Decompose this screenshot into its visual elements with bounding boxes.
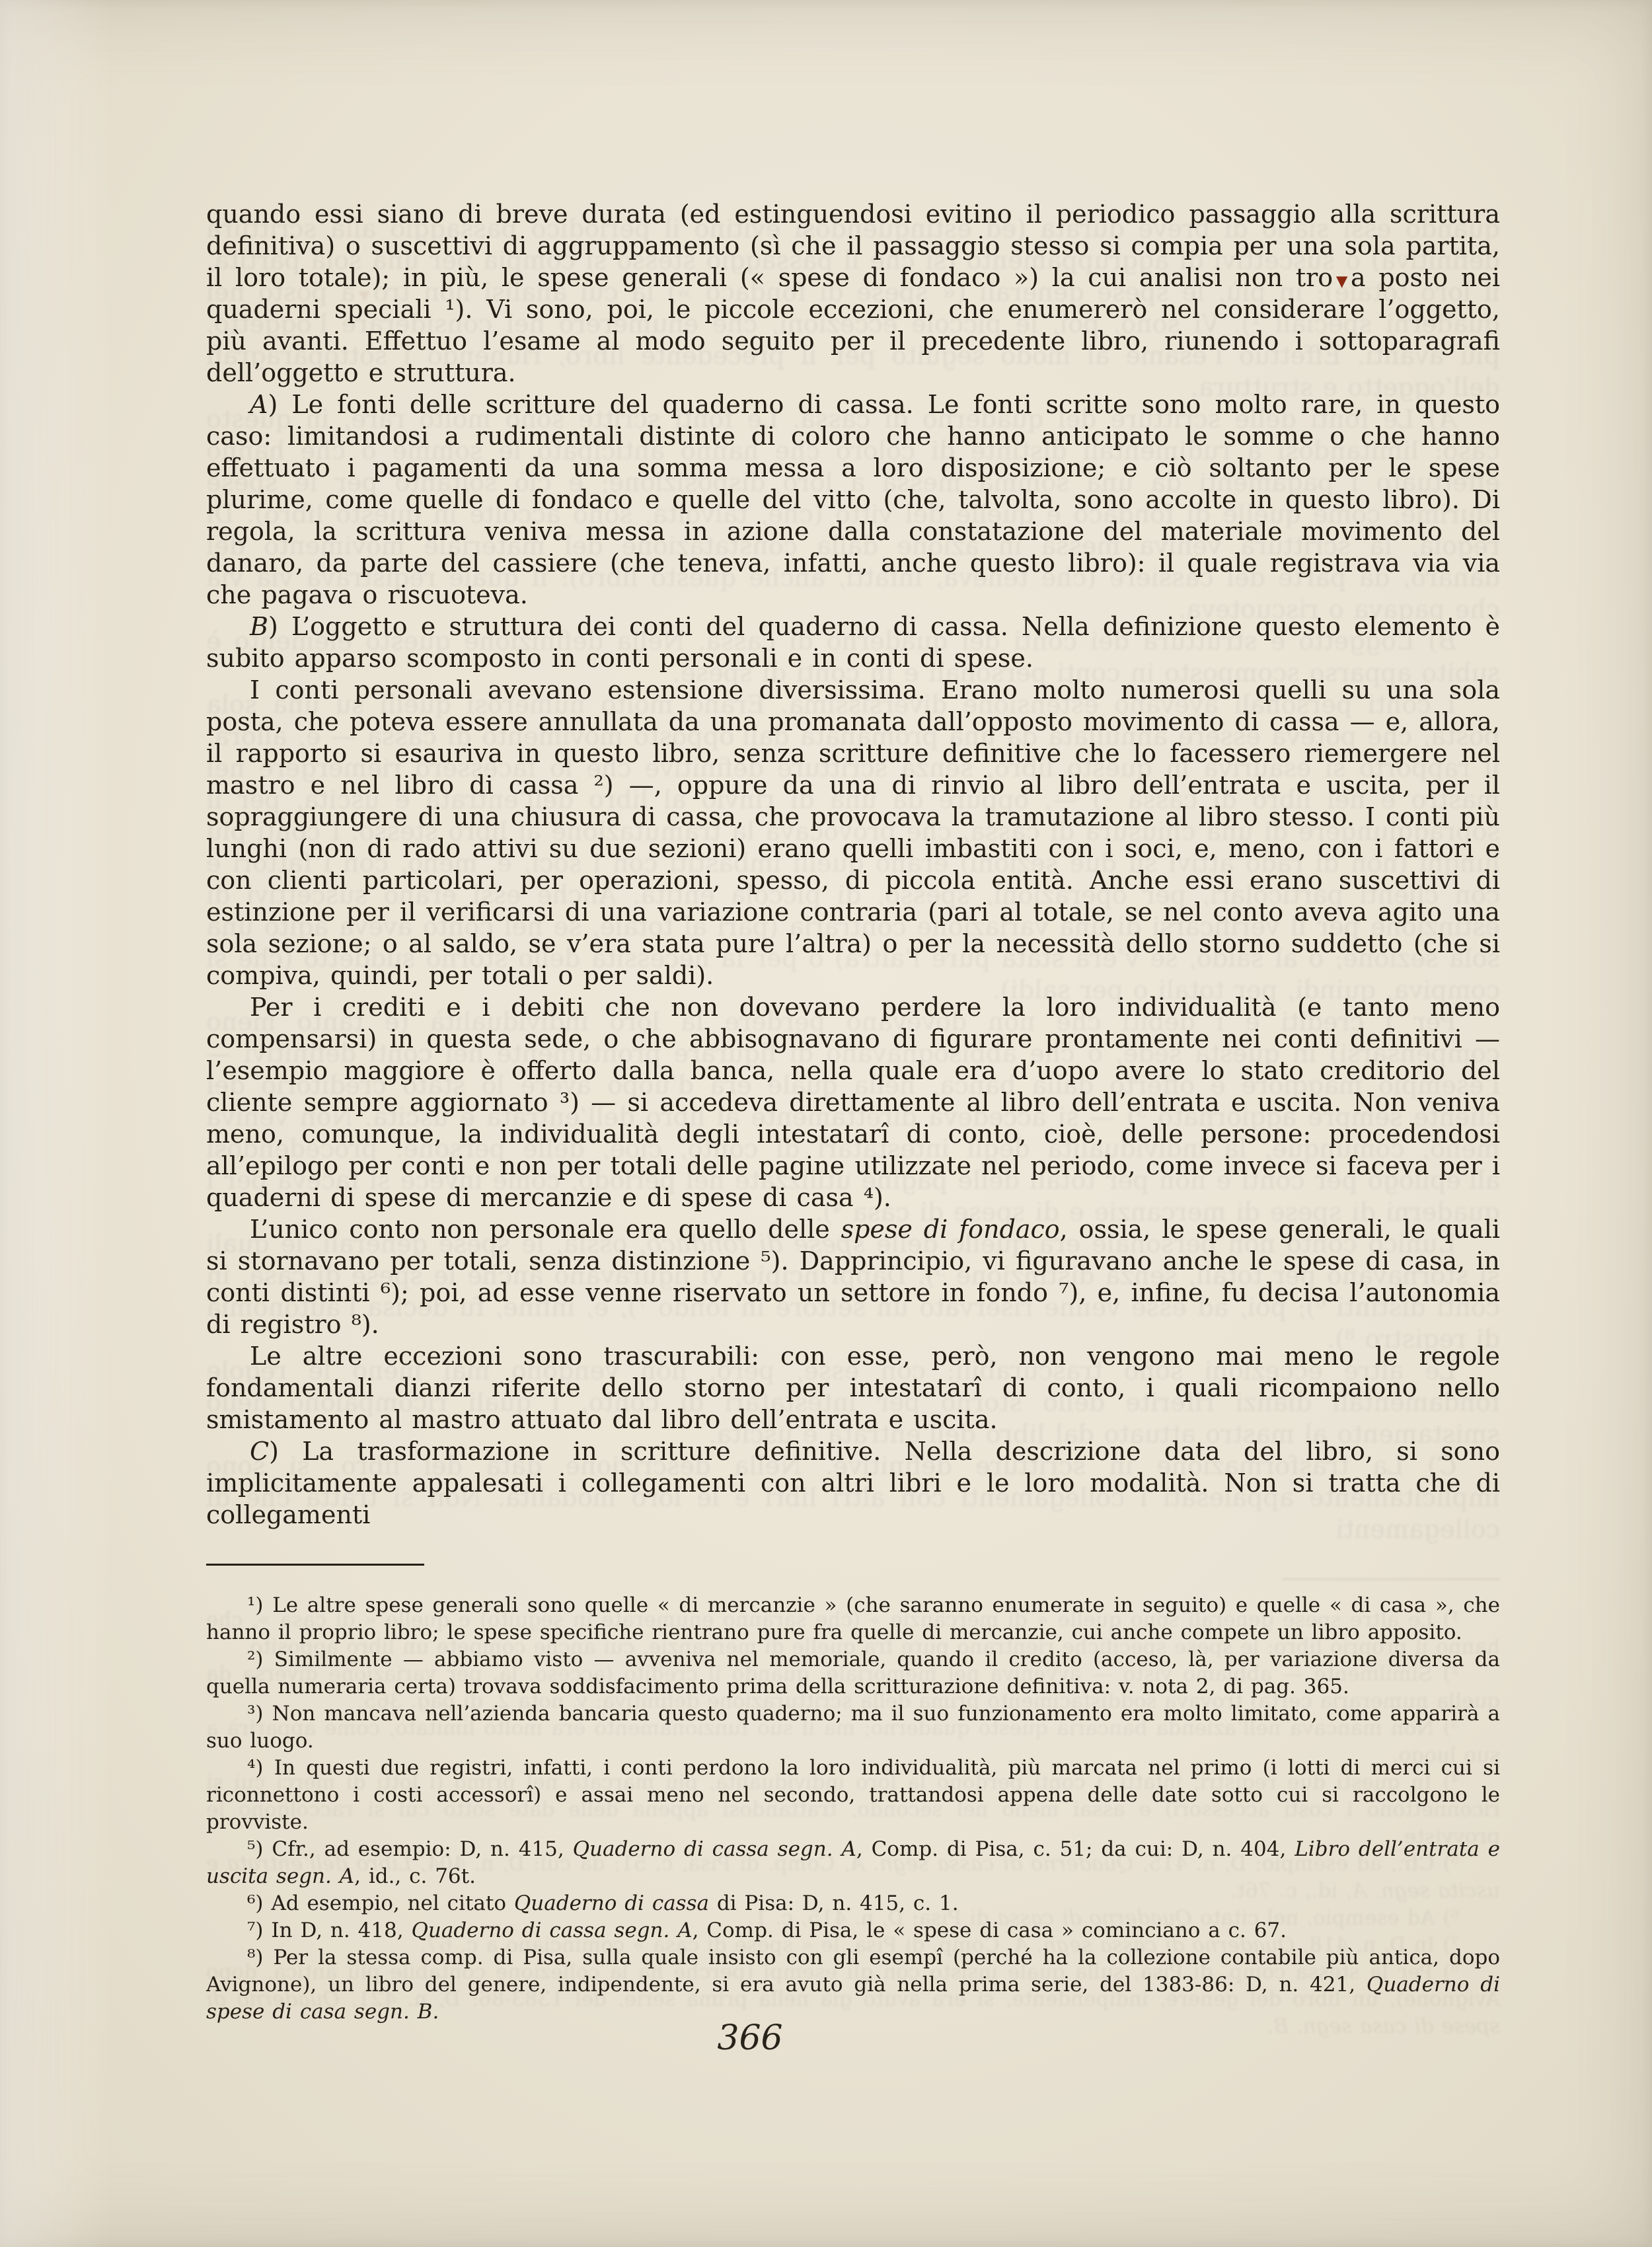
text-run: ²) Similmente — abbiamo visto — avveniva… [206,1648,1500,1698]
footnote-4: ⁴) In questi due registri, infatti, i co… [206,1755,1500,1836]
footnote-2: ²) Similmente — abbiamo visto — avveniva… [206,1646,1500,1700]
text-run: di Pisa: D, n. 415, c. 1. [709,1891,959,1915]
footnote-7: ⁷) In D, n. 418, Quaderno di cassa segn.… [206,1917,1500,1944]
text-run: quando essi siano di breve durata (ed es… [206,200,1500,292]
paragraph-section-A: A) Le fonti delle scritture del quaderno… [206,389,1500,611]
italic-text-run: C [250,1437,269,1466]
text-run: Le altre eccezioni sono trascurabili: co… [206,1342,1500,1434]
text-run: ⁴) In questi due registri, infatti, i co… [206,1756,1500,1834]
text-run: , Comp. di Pisa, le « spese di casa » co… [693,1919,1287,1942]
text-run: L’unico conto non personale era quello d… [250,1215,841,1244]
paper-edge-highlight [0,0,112,2247]
footnote-separator [206,1564,424,1566]
text-run: ⁶) Ad esempio, nel citato [247,1891,514,1915]
italic-text-run: spese di fondaco [841,1215,1060,1244]
text-run: ¹) Le altre spese generali sono quelle «… [206,1593,1500,1644]
scanned-book-page: { "page": { "number": "366", "colors": {… [0,0,1652,2247]
paragraph-spese-di-fondaco: L’unico conto non personale era quello d… [206,1213,1500,1340]
italic-text-run: B [250,612,268,641]
paragraph-crediti-debiti: Per i crediti e i debiti che non dovevan… [206,991,1500,1213]
text-run: ⁸) Per la stessa comp. di Pisa, sulla qu… [206,1946,1500,1997]
paragraph-conti-personali: I conti personali avevano estensione div… [206,674,1500,991]
text-run: Per i crediti e i debiti che non dovevan… [206,993,1500,1212]
footnotes: ¹) Le altre spese generali sono quelle «… [206,1592,1500,2026]
text-run: ⁷) In D, n. 418, [247,1919,411,1942]
text-run: , id., c. 76t. [354,1864,476,1888]
text-run: ³) Non mancava nell’azienda bancaria que… [206,1702,1500,1753]
footnote-6: ⁶) Ad esempio, nel citato Quaderno di ca… [206,1890,1500,1917]
page-number: 366 [0,2021,1500,2055]
paragraph-continuation: quando essi siano di breve durata (ed es… [206,198,1500,389]
footnote-5: ⁵) Cfr., ad esempio: D, n. 415, Quaderno… [206,1836,1500,1890]
footnote-8: ⁸) Per la stessa comp. di Pisa, sulla qu… [206,1944,1500,2026]
text-run: ) L’oggetto e struttura dei conti del qu… [206,612,1500,673]
paragraph-altre-eccezioni: Le altre eccezioni sono trascurabili: co… [206,1340,1500,1435]
text-run: ⁵) Cfr., ad esempio: D, n. 415, [247,1837,573,1861]
red-ink-mark: ▼ [1333,273,1351,290]
text-block: quando essi siano di breve durata (ed es… [206,198,1500,2026]
italic-text-run: Quaderno di cassa segn. A [573,1837,856,1861]
italic-text-run: Quaderno di cassa segn. A [411,1919,692,1942]
italic-text-run: A [250,390,268,419]
text-run: ) La trasformazione in scritture definit… [206,1437,1500,1529]
italic-text-run: Quaderno di cassa [514,1891,709,1915]
paragraph-section-B: B) L’oggetto e struttura dei conti del q… [206,611,1500,674]
text-run: I conti personali avevano estensione div… [206,675,1500,990]
text-run: , Comp. di Pisa, c. 51; da cui: D, n. 40… [856,1837,1295,1861]
main-text: quando essi siano di breve durata (ed es… [206,198,1500,1531]
footnote-1: ¹) Le altre spese generali sono quelle «… [206,1592,1500,1646]
footnote-3: ³) Non mancava nell’azienda bancaria que… [206,1700,1500,1755]
paragraph-section-C: C) La trasformazione in scritture defini… [206,1435,1500,1531]
text-run: ) Le fonti delle scritture del quaderno … [206,390,1500,609]
